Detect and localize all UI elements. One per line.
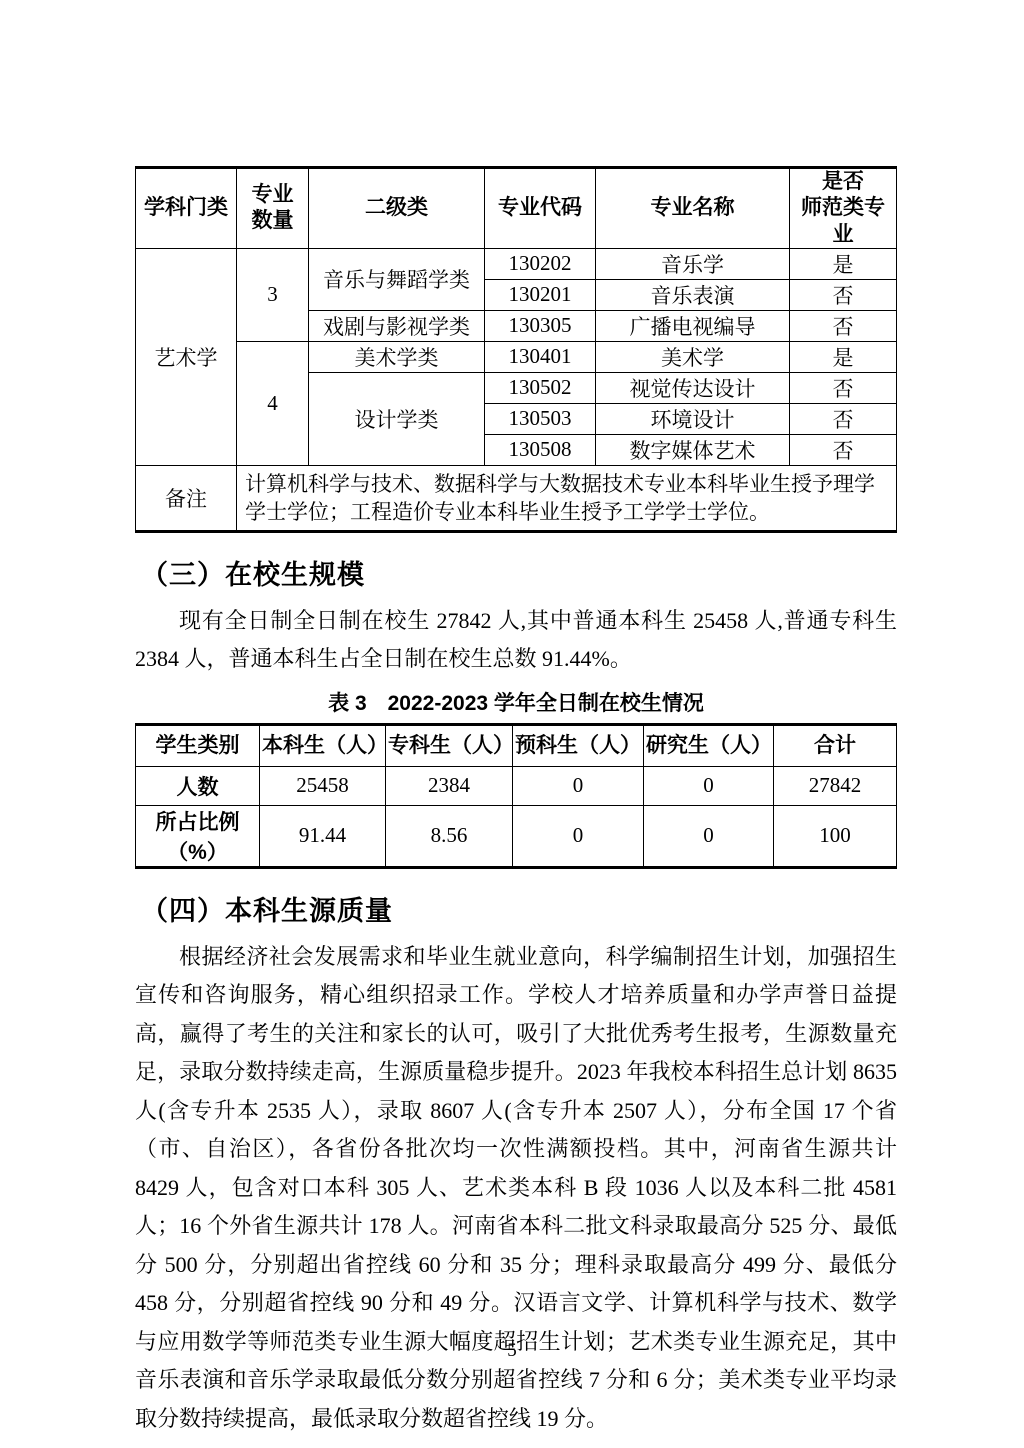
value-cell: 0 [644,805,774,867]
value-cell: 91.44 [260,805,386,867]
th-undergraduate: 本科生（人） [260,724,386,766]
normal-flag-cell: 否 [790,434,897,465]
value-cell: 0 [513,766,644,805]
normal-flag-cell: 否 [790,310,897,341]
section-heading-3: （三）在校生规模 [141,553,897,592]
major-code-cell: 130503 [485,403,596,434]
page-number: 5 [0,1340,1024,1362]
th-subclass: 二级类 [309,168,485,249]
major-code-cell: 130305 [485,310,596,341]
value-cell: 25458 [260,766,386,805]
table-row: 所占比例（%） 91.44 8.56 0 0 100 [136,805,897,867]
subclass-cell: 戏剧与影视学类 [309,310,485,341]
major-name-cell: 环境设计 [596,403,790,434]
subclass-cell: 音乐与舞蹈学类 [309,248,485,310]
normal-flag-cell: 否 [790,279,897,310]
major-name-cell: 广播电视编导 [596,310,790,341]
major-code-cell: 130502 [485,372,596,403]
major-name-cell: 视觉传达设计 [596,372,790,403]
table-row: 人数 25458 2384 0 0 27842 [136,766,897,805]
value-cell: 8.56 [386,805,513,867]
th-student-type: 学生类别 [136,724,260,766]
majors-table-header-row: 学科门类 专业 数量 二级类 专业代码 专业名称 是否 师范类专业 [136,168,897,249]
row-label-cell: 人数 [136,766,260,805]
th-major-name: 专业名称 [596,168,790,249]
fulltime-students-table: 学生类别 本科生（人） 专科生（人） 预科生（人） 研究生（人） 合计 人数 2… [135,723,897,869]
value-cell: 0 [644,766,774,805]
value-cell: 100 [774,805,897,867]
majors-table: 学科门类 专业 数量 二级类 专业代码 专业名称 是否 师范类专业 艺术学 3 … [135,166,897,533]
admission-quality-paragraph: 根据经济社会发展需求和毕业生就业意向，科学编制招生计划，加强招生宣传和咨询服务，… [135,938,897,1439]
document-page: 学科门类 专业 数量 二级类 专业代码 专业名称 是否 师范类专业 艺术学 3 … [0,0,1024,1448]
discipline-cell: 艺术学 [136,248,237,465]
normal-flag-cell: 否 [790,403,897,434]
count-cell: 4 [237,341,309,465]
note-row: 备注 计算机科学与技术、数据科学与大数据技术专业本科毕业生授予理学学士学位；工程… [136,465,897,531]
th-total: 合计 [774,724,897,766]
major-name-cell: 音乐表演 [596,279,790,310]
major-code-cell: 130401 [485,341,596,372]
normal-flag-cell: 是 [790,248,897,279]
th-junior-college: 专科生（人） [386,724,513,766]
major-code-cell: 130202 [485,248,596,279]
value-cell: 2384 [386,766,513,805]
note-text-cell: 计算机科学与技术、数据科学与大数据技术专业本科毕业生授予理学学士学位；工程造价专… [237,465,897,531]
note-label-cell: 备注 [136,465,237,531]
page-content: 学科门类 专业 数量 二级类 专业代码 专业名称 是否 师范类专业 艺术学 3 … [135,166,897,1438]
value-cell: 27842 [774,766,897,805]
major-code-cell: 130201 [485,279,596,310]
enrollment-paragraph: 现有全日制全日制在校生 27842 人,其中普通本科生 25458 人,普通专科… [135,602,897,679]
table3-caption: 表 3 2022-2023 学年全日制在校生情况 [135,687,897,717]
students-table-header-row: 学生类别 本科生（人） 专科生（人） 预科生（人） 研究生（人） 合计 [136,724,897,766]
major-code-cell: 130508 [485,434,596,465]
count-cell: 3 [237,248,309,341]
th-normal-major: 是否 师范类专业 [790,168,897,249]
th-subject-category: 学科门类 [136,168,237,249]
th-preparatory: 预科生（人） [513,724,644,766]
th-graduate: 研究生（人） [644,724,774,766]
major-name-cell: 美术学 [596,341,790,372]
row-label-cell: 所占比例（%） [136,805,260,867]
value-cell: 0 [513,805,644,867]
normal-flag-cell: 否 [790,372,897,403]
major-name-cell: 音乐学 [596,248,790,279]
normal-flag-cell: 是 [790,341,897,372]
subclass-cell: 设计学类 [309,372,485,465]
th-major-code: 专业代码 [485,168,596,249]
th-major-count: 专业 数量 [237,168,309,249]
table-row: 4 美术学类 130401 美术学 是 [136,341,897,372]
subclass-cell: 美术学类 [309,341,485,372]
section-heading-4: （四）本科生源质量 [141,889,897,928]
table-row: 艺术学 3 音乐与舞蹈学类 130202 音乐学 是 [136,248,897,279]
major-name-cell: 数字媒体艺术 [596,434,790,465]
